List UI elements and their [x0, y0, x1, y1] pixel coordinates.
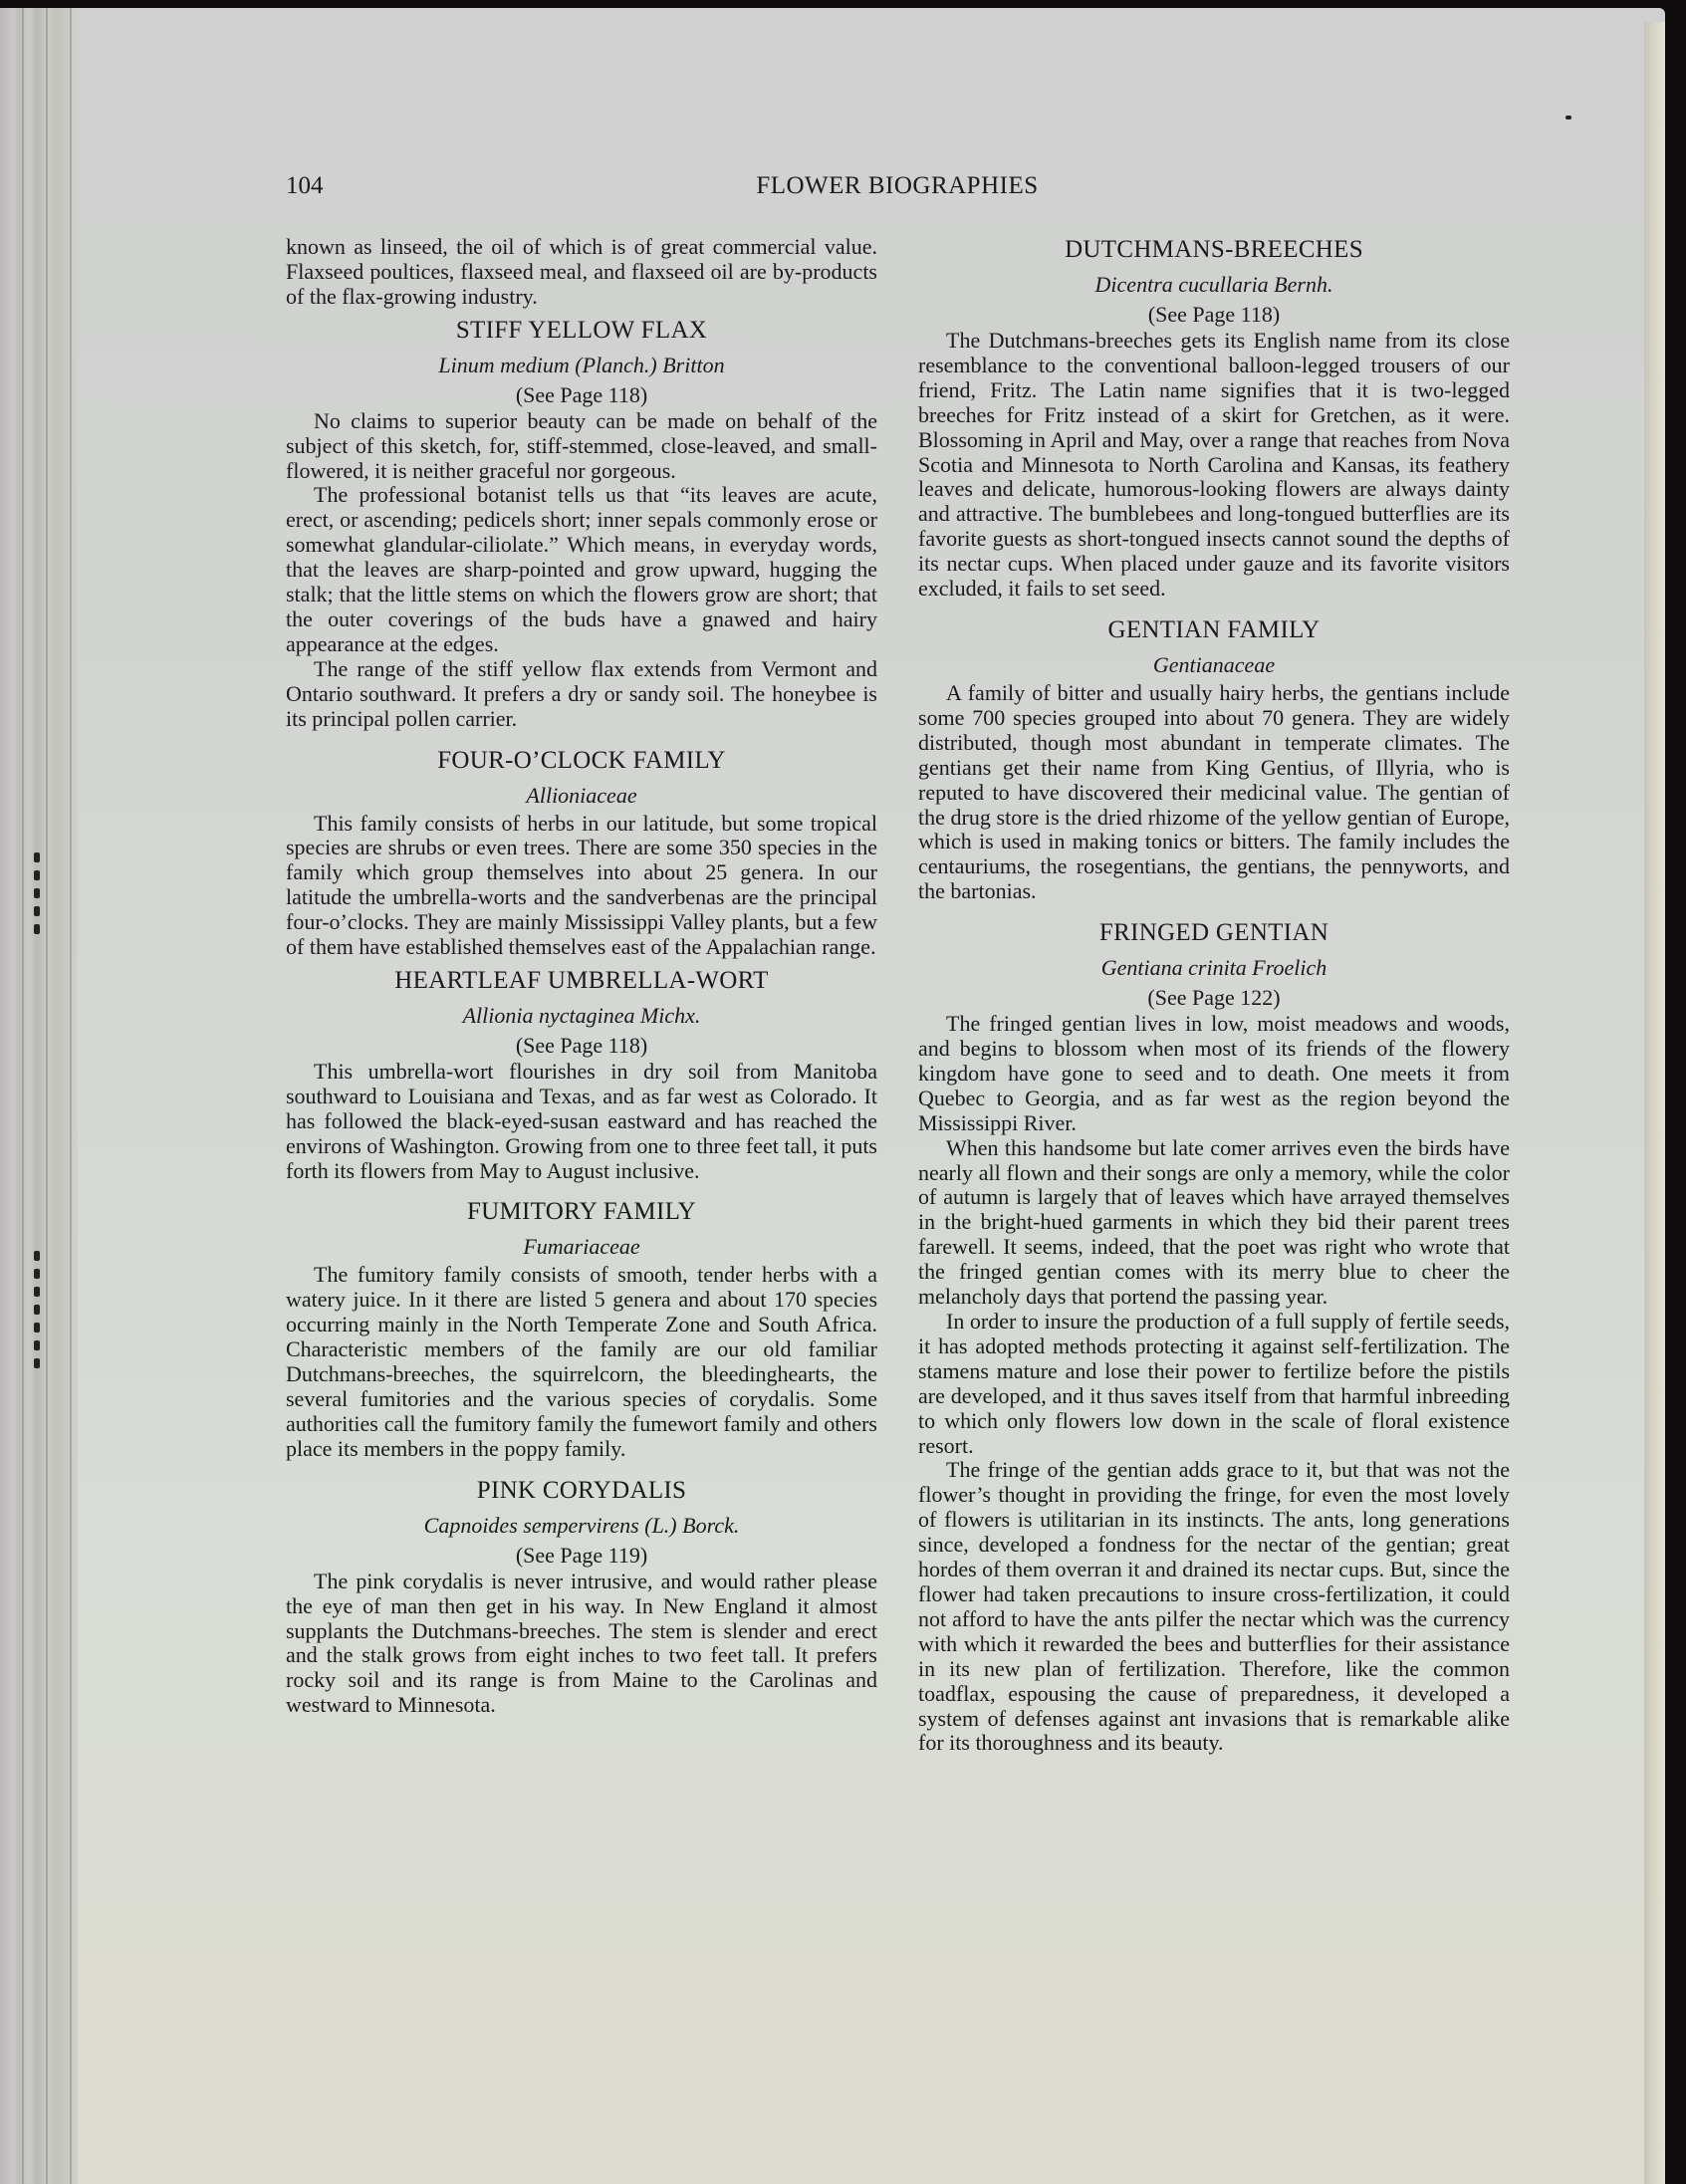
body-paragraph: The professional botanist tells us that … [286, 483, 877, 656]
next-page-edge [1644, 22, 1665, 2184]
body-paragraph: In order to insure the production of a f… [918, 1310, 1510, 1458]
section-gentian-family: GENTIAN FAMILY Gentianaceae A family of … [918, 615, 1510, 904]
section-fringed-gentian: FRINGED GENTIAN Gentiana crinita Froelic… [918, 918, 1510, 1756]
book-title: FLOWER BIOGRAPHIES [286, 172, 1509, 200]
latin-name: Dicentra cucullaria Bernh. [918, 271, 1510, 299]
continuation-paragraph: known as linseed, the oil of which is of… [286, 235, 877, 310]
book-page: 104 FLOWER BIOGRAPHIES known as linseed,… [0, 8, 1665, 2184]
latin-name: Gentianaceae [918, 651, 1510, 679]
gutter-line [46, 8, 48, 2184]
section-four-oclock-family: FOUR-O’CLOCK FAMILY Allioniaceae This fa… [286, 746, 877, 960]
latin-name: Allioniaceae [286, 782, 877, 810]
section-fumitory-family: FUMITORY FAMILY Fumariaceae The fumitory… [286, 1197, 877, 1461]
section-stiff-yellow-flax: STIFF YELLOW FLAX Linum medium (Planch.)… [286, 316, 877, 732]
section-heading: HEARTLEAF UMBRELLA-WORT [286, 966, 877, 996]
latin-name: Allionia nyctaginea Michx. [286, 1002, 877, 1030]
see-page-reference: (See Page 122) [918, 984, 1510, 1012]
body-paragraph: The fumitory family consists of smooth, … [286, 1263, 877, 1461]
right-column: DUTCHMANS-BREECHES Dicentra cucullaria B… [918, 235, 1510, 1756]
bleed-through-marks [28, 1243, 58, 1368]
section-dutchmans-breeches: DUTCHMANS-BREECHES Dicentra cucullaria B… [918, 235, 1510, 602]
body-paragraph: A family of bitter and usually hairy her… [918, 681, 1510, 904]
page-binding-gutter [0, 8, 78, 2184]
see-page-reference: (See Page 118) [286, 381, 877, 409]
section-heading: GENTIAN FAMILY [918, 615, 1510, 645]
body-paragraph: The Dutchmans-breeches gets its English … [918, 329, 1510, 602]
see-page-reference: (See Page 118) [286, 1032, 877, 1060]
section-heartleaf-umbrella-wort: HEARTLEAF UMBRELLA-WORT Allionia nyctagi… [286, 966, 877, 1184]
latin-name: Linum medium (Planch.) Britton [286, 352, 877, 379]
see-page-reference: (See Page 118) [918, 301, 1510, 329]
see-page-reference: (See Page 119) [286, 1542, 877, 1570]
left-column: known as linseed, the oil of which is of… [286, 235, 877, 1718]
body-paragraph: The range of the stiff yellow flax exten… [286, 657, 877, 732]
section-heading: DUTCHMANS-BREECHES [918, 235, 1510, 265]
running-head: 104 FLOWER BIOGRAPHIES [286, 172, 1509, 206]
gutter-line [22, 8, 24, 2184]
body-paragraph: This umbrella-wort flourishes in dry soi… [286, 1060, 877, 1184]
section-heading: FUMITORY FAMILY [286, 1197, 877, 1227]
body-paragraph: The fringe of the gentian adds grace to … [918, 1458, 1510, 1756]
latin-name: Capnoides sempervirens (L.) Borck. [286, 1512, 877, 1540]
paper-speck [1566, 116, 1571, 120]
section-heading: FRINGED GENTIAN [918, 918, 1510, 948]
bleed-through-marks [28, 845, 58, 934]
body-paragraph: This family consists of herbs in our lat… [286, 812, 877, 960]
latin-name: Gentiana crinita Froelich [918, 954, 1510, 982]
section-pink-corydalis: PINK CORYDALIS Capnoides sempervirens (L… [286, 1476, 877, 1718]
body-paragraph: When this handsome but late comer arrive… [918, 1136, 1510, 1310]
section-heading: STIFF YELLOW FLAX [286, 316, 877, 346]
body-paragraph: The fringed gentian lives in low, moist … [918, 1012, 1510, 1136]
latin-name: Fumariaceae [286, 1233, 877, 1261]
section-heading: PINK CORYDALIS [286, 1476, 877, 1506]
body-paragraph: No claims to superior beauty can be made… [286, 409, 877, 484]
section-heading: FOUR-O’CLOCK FAMILY [286, 746, 877, 776]
body-paragraph: The pink corydalis is never intrusive, a… [286, 1570, 877, 1718]
gutter-line [70, 8, 72, 2184]
